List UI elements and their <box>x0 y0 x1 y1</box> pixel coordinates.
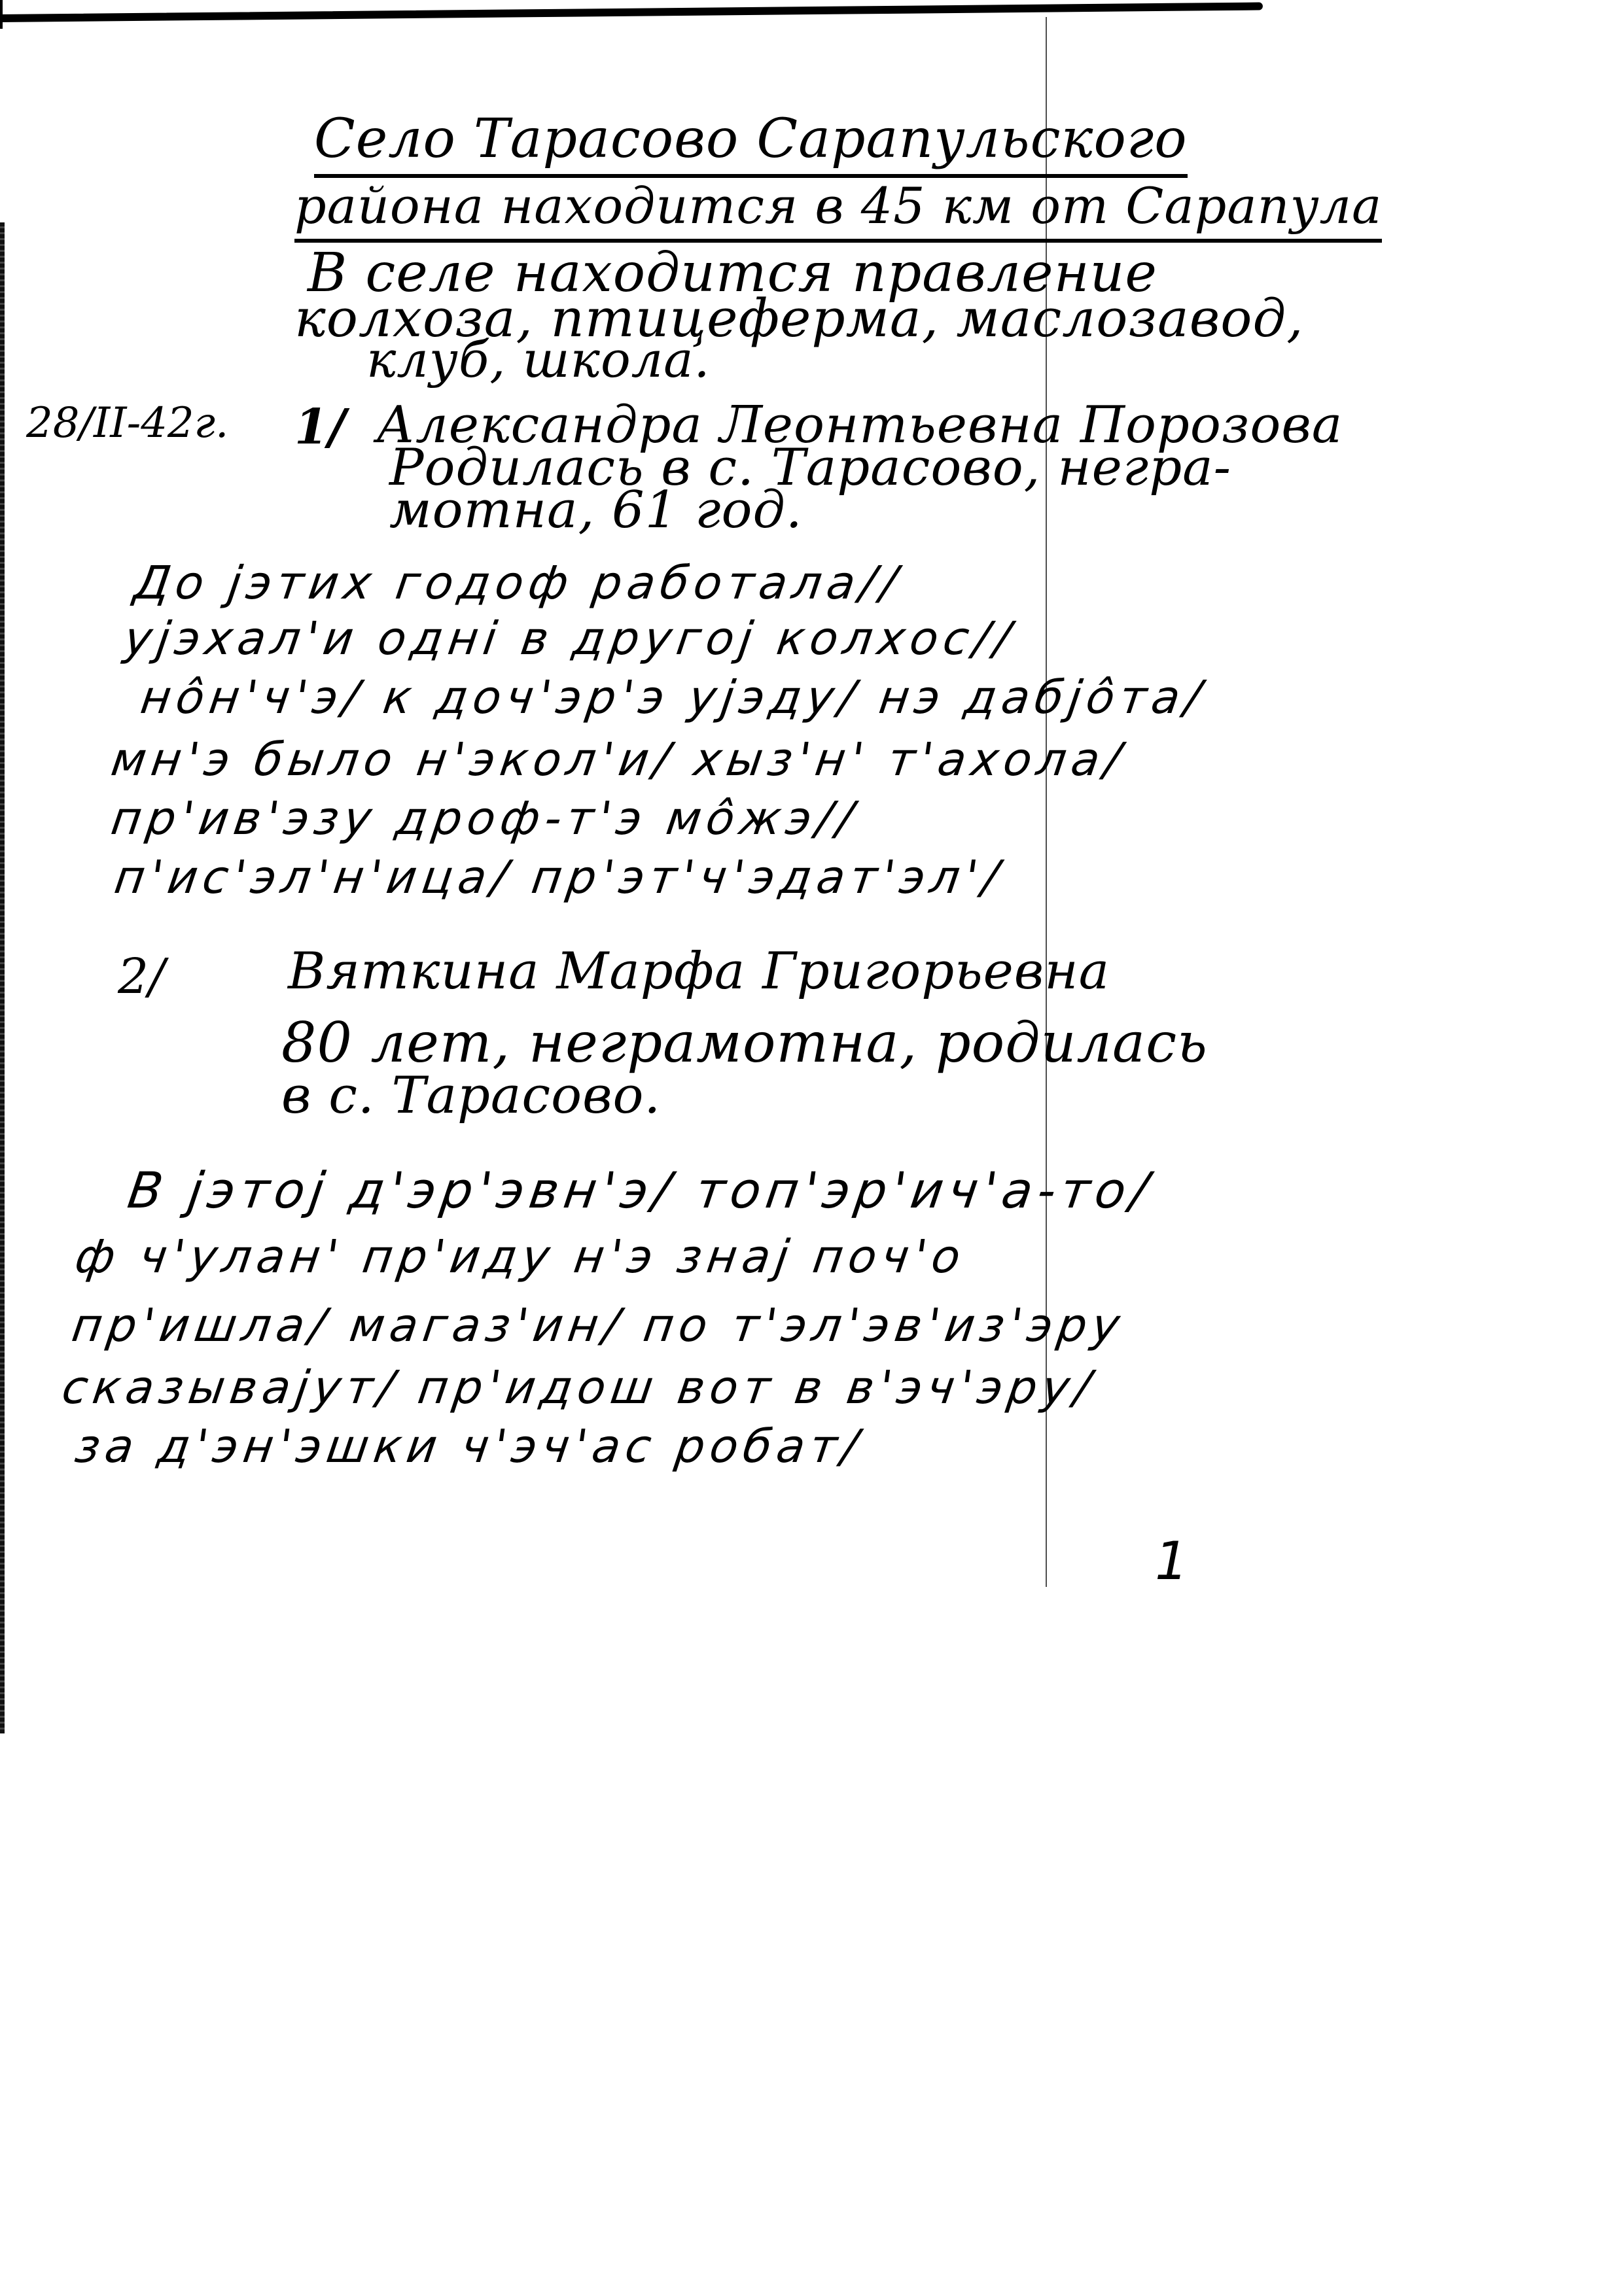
transcription-line: До jэтих годоф работала// <box>131 556 906 610</box>
page-number: 1 <box>1155 1531 1188 1592</box>
intro-line-3: клуб, школа. <box>366 330 711 389</box>
transcription-line: ф ч'улан' пр'иду н'э знаj поч'о <box>72 1230 969 1283</box>
transcription-line: пр'ив'эзу дроф-т'э мôжэ// <box>108 791 862 845</box>
informant-2-number: 2/ <box>118 948 165 1005</box>
transcription-line: мн'э было н'экол'и/ хыз'н' т'ахола/ <box>108 733 1129 786</box>
heading-line-1: Село Тарасово Сарапульского <box>314 108 1188 178</box>
informant-2-info-line: Вяткина Марфа Григорьевна <box>288 942 1110 1001</box>
scanned-page: Село Тарасово Сарапульского района наход… <box>0 0 1607 2296</box>
record-date: 28/II-42г. <box>26 399 228 447</box>
transcription-line: п'ис'эл'н'ица/ пр'эт'ч'эдат'эл'/ <box>111 850 1007 904</box>
transcription-line: за д'эн'эшки ч'эч'ас робат/ <box>72 1419 866 1473</box>
transcription-line: нôн'ч'э/ к доч'эр'э ујэду/ нэ дабјôта/ <box>137 670 1209 724</box>
transcription-line: ујэхал'и одні в другој колхос// <box>121 612 1019 665</box>
top-border-line <box>0 2 1263 22</box>
top-border-corner <box>0 0 3 29</box>
heading-line-2: района находится в 45 км от Сарапула <box>294 177 1382 243</box>
informant-2-info-line: в с. Тарасово. <box>281 1066 661 1125</box>
informant-2-info-line: 80 лет, неграмотна, родилась <box>281 1011 1208 1075</box>
informant-1-info-line: мотна, 61 год. <box>389 481 803 540</box>
informant-1-number: 1/ <box>294 399 346 455</box>
transcription-line: пр'ишла/ магаз'ин/ по т'эл'эв'из'эру <box>69 1298 1128 1352</box>
transcription-line: сказываjут/ пр'идош вот в в'эч'эру/ <box>59 1361 1099 1414</box>
transcription-line: В jэтоj д'эр'эвн'э/ топ'эр'ич'а-то/ <box>124 1161 1157 1219</box>
scan-left-edge <box>0 222 5 1733</box>
